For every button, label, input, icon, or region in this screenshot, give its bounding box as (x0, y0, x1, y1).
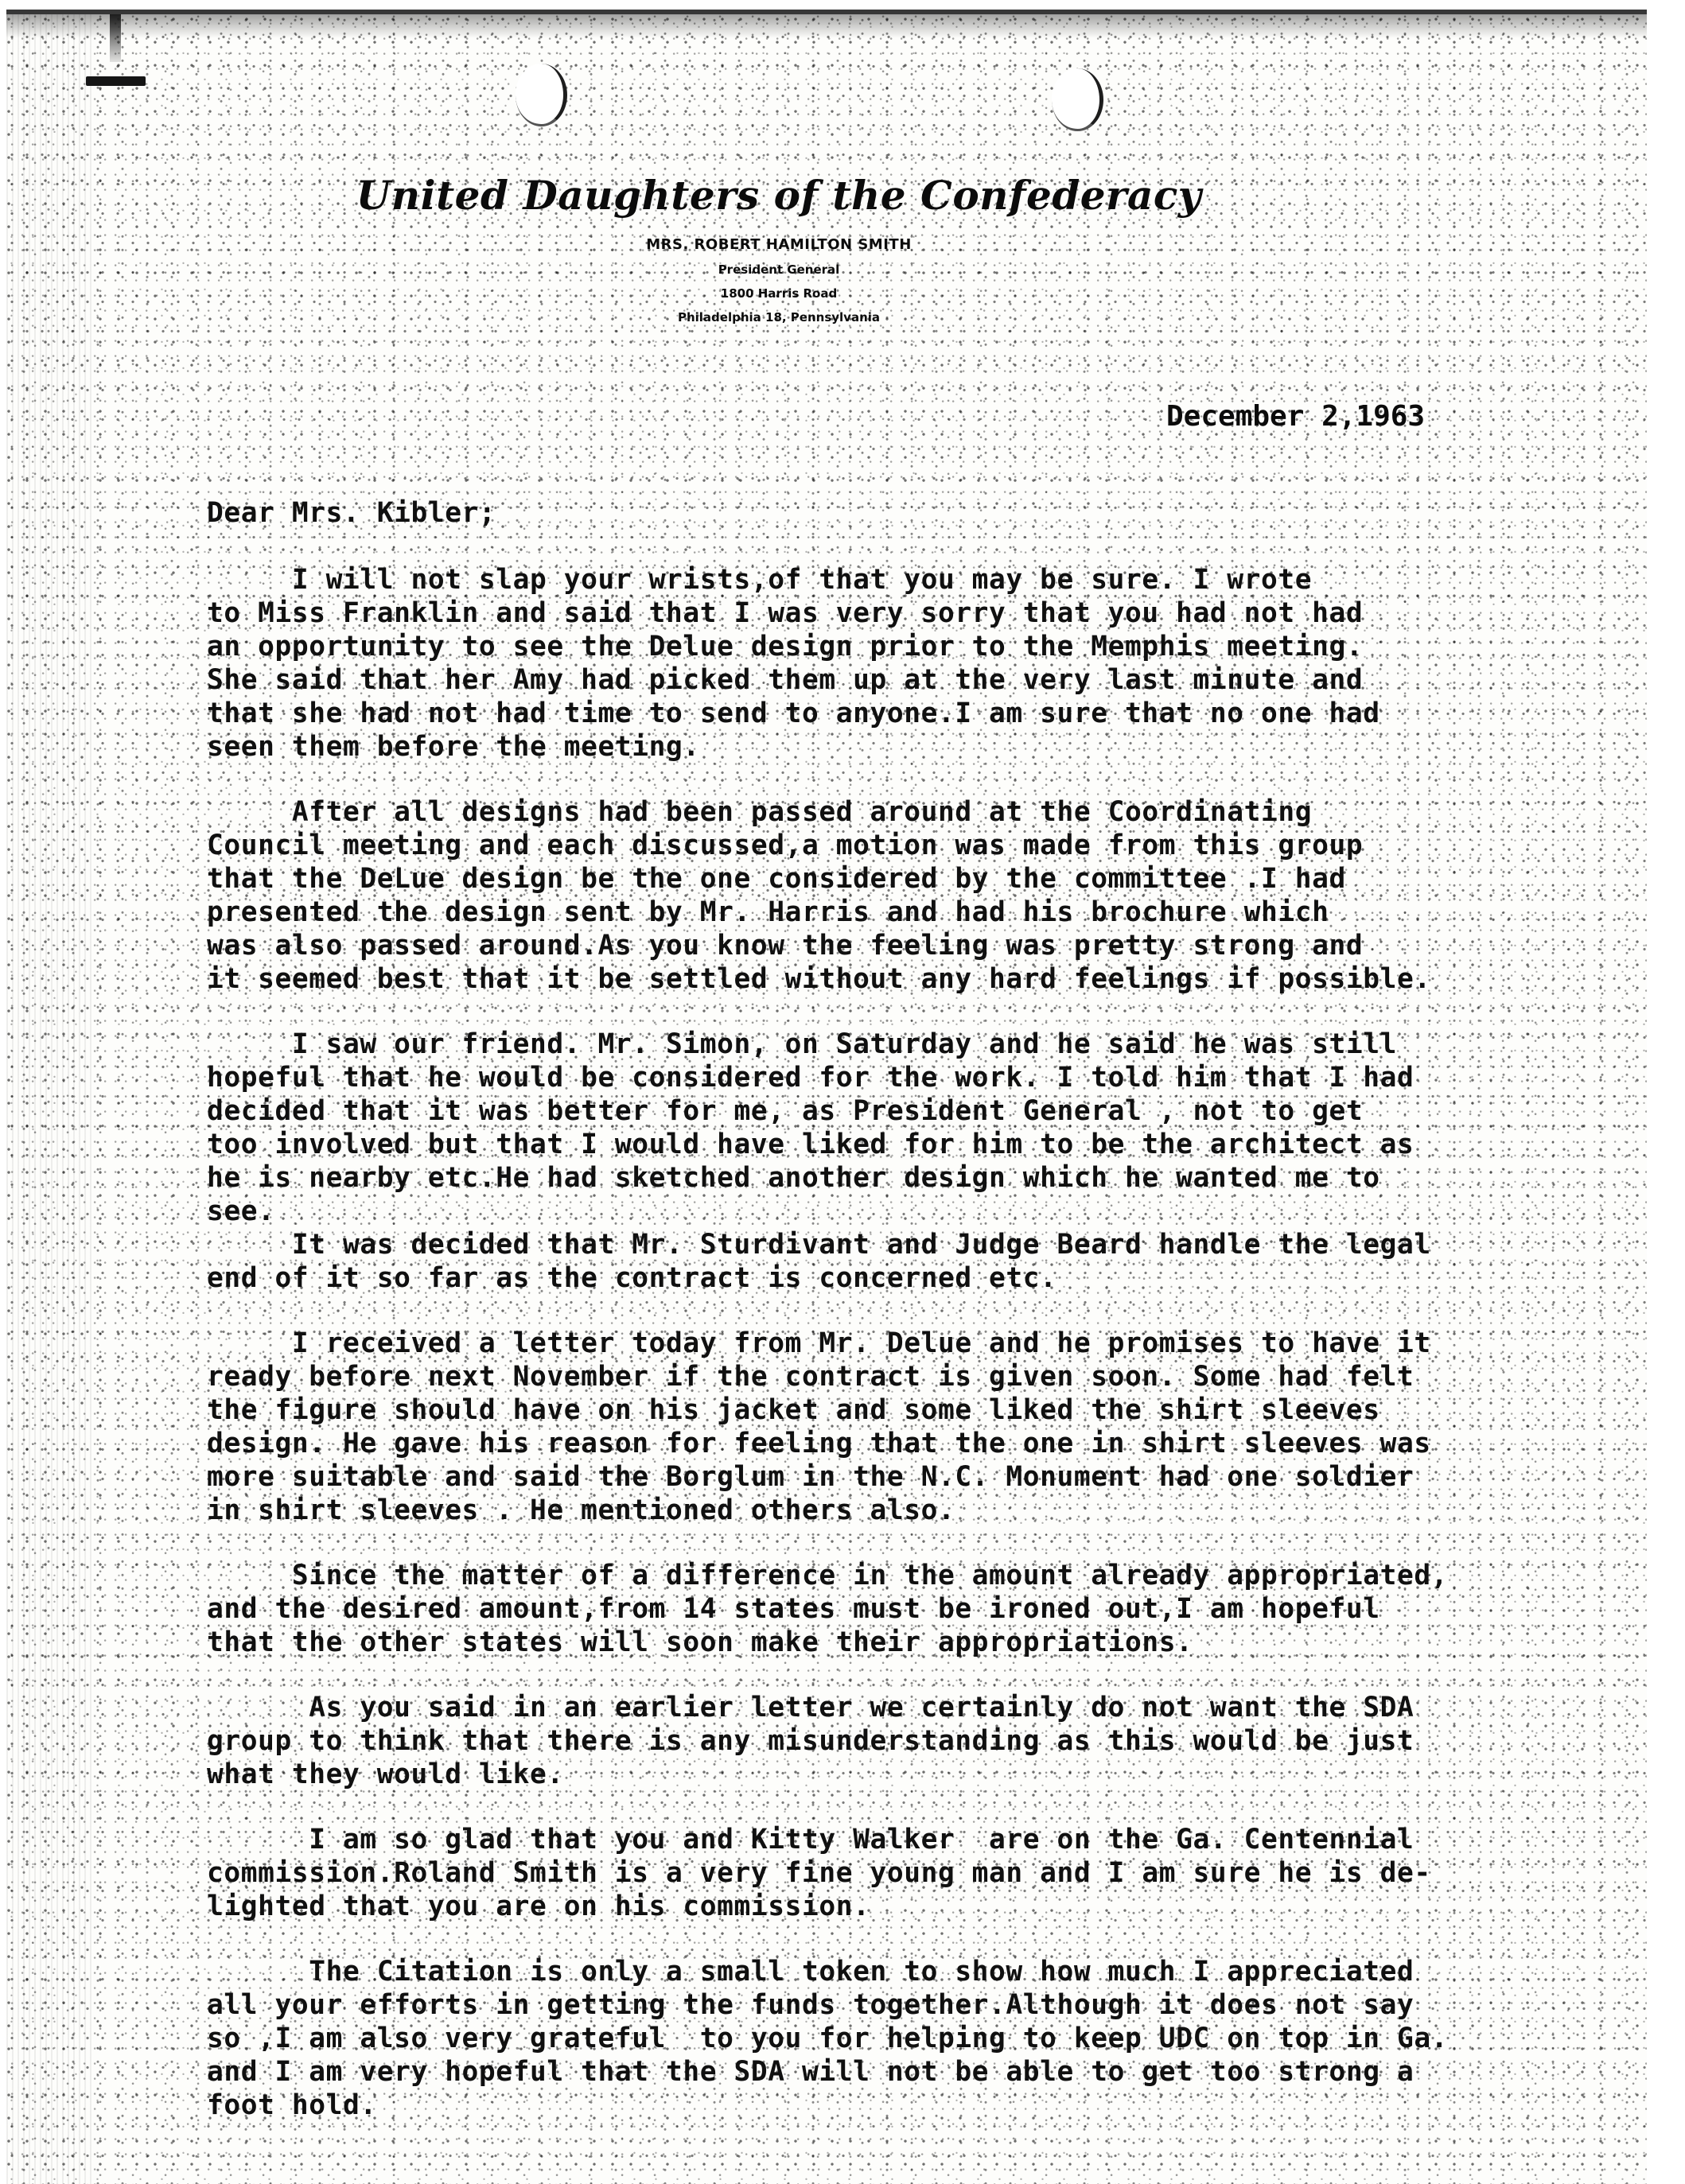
text-line: As you said in an earlier letter we cert… (207, 1691, 1639, 1724)
text-line: all your efforts in getting the funds to… (207, 1988, 1639, 2022)
text-line: Council meeting and each discussed,a mot… (207, 829, 1639, 862)
text-line: She said that her Amy had picked them up… (207, 663, 1639, 697)
corner-mark-vertical (110, 14, 121, 62)
paragraph-3: I saw our friend. Mr. Simon, on Saturday… (207, 1028, 1639, 1228)
text-line: was also passed around.As you know the f… (207, 929, 1639, 962)
text-line: end of it so far as the contract is conc… (207, 1261, 1639, 1295)
text-line: decided that it was better for me, as Pr… (207, 1094, 1639, 1128)
text-line: I am so glad that you and Kitty Walker a… (207, 1823, 1639, 1856)
text-line: commission.Roland Smith is a very fine y… (207, 1856, 1639, 1890)
text-line: Since the matter of a difference in the … (207, 1559, 1639, 1592)
paragraph-1: I will not slap your wrists,of that you … (207, 563, 1639, 764)
scan-top-edge (6, 14, 1647, 38)
text-line: in shirt sleeves . He mentioned others a… (207, 1494, 1639, 1527)
text-line: foot hold. (207, 2089, 1639, 2122)
text-line: It was decided that Mr. Sturdivant and J… (207, 1228, 1639, 1261)
text-line: seen them before the meeting. (207, 730, 1639, 764)
text-line: lighted that you are on his commission. (207, 1890, 1639, 1923)
text-line: presented the design sent by Mr. Harris … (207, 896, 1639, 929)
scan-left-edge (6, 14, 94, 2184)
paragraph-9: The Citation is only a small token to sh… (207, 1955, 1639, 2122)
punch-hole-left (516, 64, 567, 126)
text-line: that the DeLue design be the one conside… (207, 862, 1639, 896)
text-line: he is nearby etc.He had sketched another… (207, 1161, 1639, 1195)
text-line: it seemed best that it be settled withou… (207, 962, 1639, 996)
letter-page: United Daughters of the Confederacy MRS.… (6, 10, 1647, 2184)
text-line: that she had not had time to send to any… (207, 697, 1639, 730)
text-line: to Miss Franklin and said that I was ver… (207, 597, 1639, 630)
organization-name: United Daughters of the Confederacy (356, 172, 1202, 219)
text-line: more suitable and said the Borglum in th… (207, 1460, 1639, 1494)
text-line: After all designs had been passed around… (207, 795, 1639, 829)
text-line: so ,I am also very grateful to you for h… (207, 2022, 1639, 2055)
text-line: I saw our friend. Mr. Simon, on Saturday… (207, 1028, 1639, 1061)
text-line: and the desired amount,from 14 states mu… (207, 1592, 1639, 1626)
paragraph-6: Since the matter of a difference in the … (207, 1559, 1639, 1659)
text-line: group to think that there is any misunde… (207, 1724, 1639, 1758)
corner-mark-horizontal (86, 76, 146, 86)
address-line-2: Philadelphia 18, Pennsylvania (0, 310, 1599, 324)
text-line: too involved but that I would have liked… (207, 1128, 1639, 1161)
letter-body: Dear Mrs. Kibler; I will not slap your w… (207, 496, 1639, 2154)
letter-date: December 2,1963 (1166, 400, 1425, 433)
text-line: see. (207, 1195, 1639, 1228)
punch-hole-right (1052, 68, 1103, 131)
text-line: design. He gave his reason for feeling t… (207, 1427, 1639, 1460)
text-line: that the other states will soon make the… (207, 1626, 1639, 1659)
letterhead: United Daughters of the Confederacy MRS.… (6, 172, 1647, 324)
text-line: and I am very hopeful that the SDA will … (207, 2055, 1639, 2089)
text-line: an opportunity to see the Delue design p… (207, 630, 1639, 663)
text-line: I will not slap your wrists,of that you … (207, 563, 1639, 597)
text-line: hopeful that he would be considered for … (207, 1061, 1639, 1094)
sender-title: President General (0, 262, 1599, 277)
paragraph-4: It was decided that Mr. Sturdivant and J… (207, 1228, 1639, 1295)
paragraph-7: As you said in an earlier letter we cert… (207, 1691, 1639, 1791)
paragraph-8: I am so glad that you and Kitty Walker a… (207, 1823, 1639, 1923)
address-line-1: 1800 Harris Road (0, 286, 1599, 301)
sender-name: MRS. ROBERT HAMILTON SMITH (0, 236, 1599, 253)
text-line: the figure should have on his jacket and… (207, 1393, 1639, 1427)
text-line: I received a letter today from Mr. Delue… (207, 1327, 1639, 1360)
text-line: what they would like. (207, 1758, 1639, 1791)
text-line: The Citation is only a small token to sh… (207, 1955, 1639, 1988)
paragraph-5: I received a letter today from Mr. Delue… (207, 1327, 1639, 1527)
salutation: Dear Mrs. Kibler; (207, 496, 1639, 530)
text-line: ready before next November if the contra… (207, 1360, 1639, 1393)
paragraph-2: After all designs had been passed around… (207, 795, 1639, 996)
